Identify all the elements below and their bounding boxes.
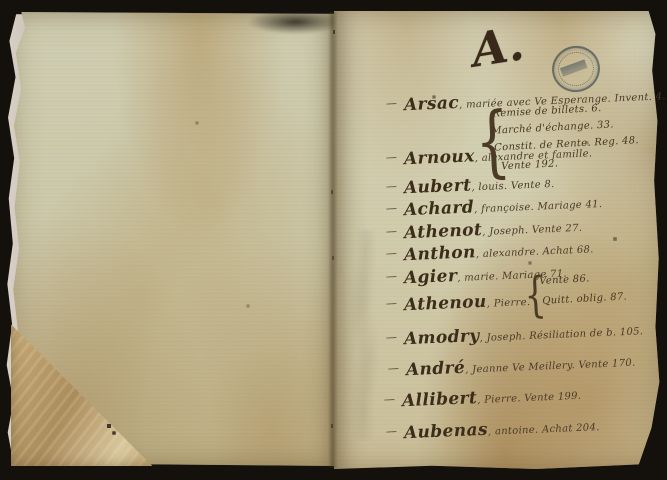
entry-name: Agier xyxy=(404,266,458,288)
book-spine-gutter xyxy=(328,12,338,468)
reference-line: Remise de billets. 6. xyxy=(492,103,602,120)
reference-line: Quitt. oblig. 87. xyxy=(542,291,627,306)
entry-dash: — xyxy=(386,331,398,344)
entry-dash: — xyxy=(386,247,398,260)
reference-line: Vente 192. xyxy=(501,158,559,172)
entry-name: Arsac xyxy=(404,93,460,115)
entry-dash: — xyxy=(386,202,398,215)
paper-specks xyxy=(0,0,2,2)
entry-name: Allibert xyxy=(402,388,478,411)
entry-dash: — xyxy=(384,393,396,406)
entry-details: , Joseph. Vente 27. xyxy=(482,223,582,238)
entry-details: , antoine. Achat 204. xyxy=(488,422,600,438)
reference-line: Marché d'échange. 33. xyxy=(491,119,614,136)
entry-dash: — xyxy=(386,297,398,310)
entry-name: Aubenas xyxy=(404,420,489,444)
athenou-reference-group: { Vente 86. Quitt. oblig. 87. xyxy=(519,265,651,320)
entry-details: , louis. Vente 8. xyxy=(471,179,555,193)
entry-name: Aubert xyxy=(404,175,472,198)
entry-dash: — xyxy=(386,425,398,438)
ink-smudge xyxy=(248,12,334,34)
entry-details: , alexandre. Achat 68. xyxy=(476,244,594,260)
entry-dash: — xyxy=(386,151,398,164)
manuscript-book-scan: A. —Arsac, mariée avec Ve Esperange. Inv… xyxy=(0,0,667,480)
entry-dash: — xyxy=(386,225,398,238)
entry-dash: — xyxy=(388,362,400,375)
entry-name: Athenou xyxy=(404,292,488,315)
entry-dash: — xyxy=(386,270,398,283)
entry-name: André xyxy=(406,358,466,380)
entry-dash: — xyxy=(386,180,398,193)
entry-name: Amodry xyxy=(404,326,480,349)
entry-name: Arnoux xyxy=(404,146,476,169)
arnoux-reference-group: { Remise de billets. 6. Marché d'échange… xyxy=(466,94,660,182)
entry-name: Achard xyxy=(404,197,475,220)
entry-name: Anthon xyxy=(404,242,477,265)
page-letter-heading: A. xyxy=(468,16,528,77)
reference-line: Vente 86. xyxy=(539,273,590,287)
reference-line: Constit. de Rente. Reg. 48. xyxy=(494,135,639,154)
entry-details: , Pierre. Vente 199. xyxy=(477,391,581,406)
entry-dash: — xyxy=(386,97,398,110)
entry-name: Athenot xyxy=(404,220,483,243)
